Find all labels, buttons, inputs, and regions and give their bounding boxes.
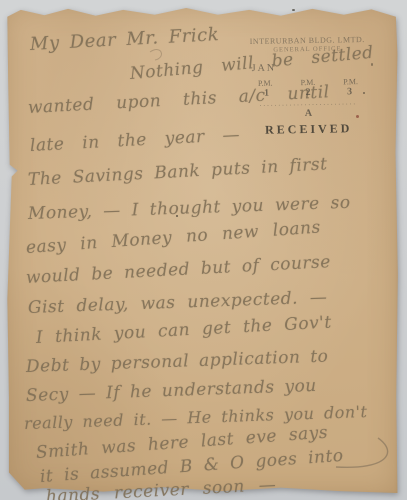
stamp-office-line: GENERAL OFFICE bbox=[243, 45, 371, 55]
paper-speck bbox=[371, 63, 373, 66]
stamp-hour-1: 1 bbox=[264, 88, 269, 100]
paper-speck bbox=[363, 92, 365, 94]
stamp-letter-a: A bbox=[244, 107, 372, 121]
received-stamp: INTERURBAN BLDG. LMTD. GENERAL OFFICE JA… bbox=[243, 35, 373, 138]
stamp-pm-2: P.M. bbox=[301, 78, 316, 87]
stamp-hour-3: 3 bbox=[347, 87, 352, 99]
stamp-received-text: RECEIVED bbox=[245, 122, 373, 138]
stamp-pm-1: P.M. bbox=[258, 79, 273, 88]
paper-speck bbox=[292, 9, 295, 11]
letter-photo: My Dear Mr. FrickNothing will be settled… bbox=[0, 0, 407, 500]
stamp-month: JAN bbox=[244, 61, 372, 75]
stamp-pm-3: P.M. bbox=[343, 77, 358, 86]
stamp-hour-2: 2 bbox=[306, 87, 311, 99]
paper-speck bbox=[176, 215, 178, 217]
paper-speck bbox=[356, 115, 359, 118]
